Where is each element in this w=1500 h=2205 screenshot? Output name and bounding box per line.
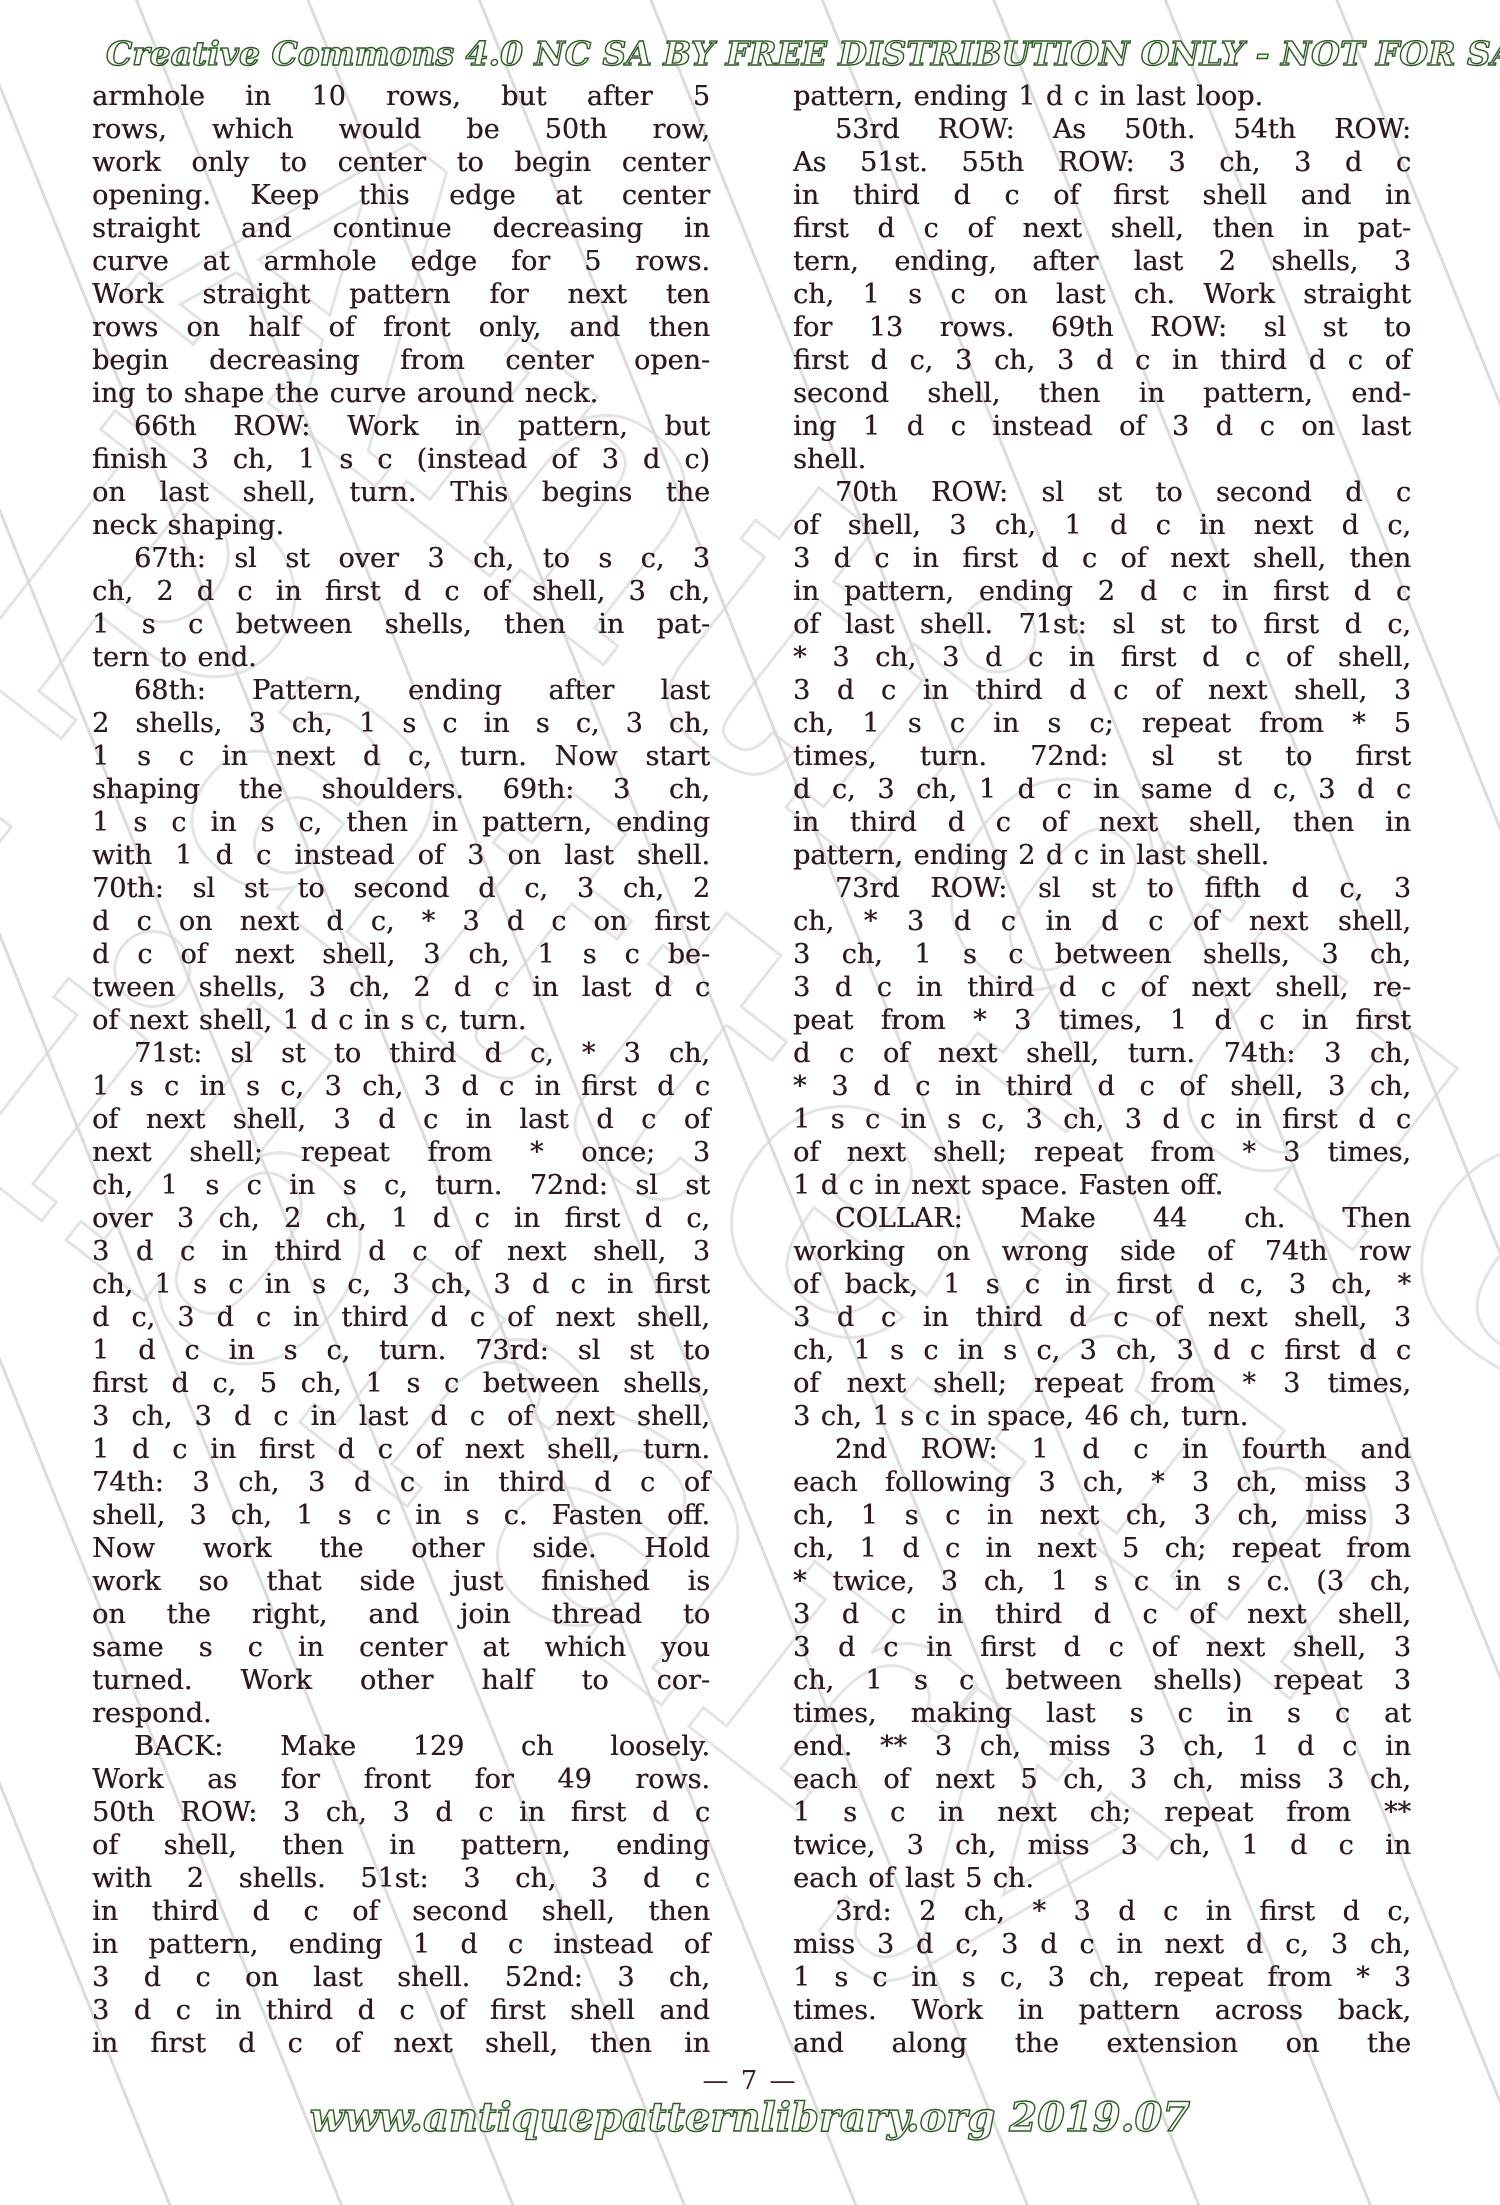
text-line: work only to center to begin center [92, 146, 710, 179]
text-line: 3 d c in third d c of next shell, 3 [92, 1235, 710, 1268]
text-line: first d c, 5 ch, 1 s c between shells, [92, 1367, 710, 1400]
text-line: Work as for front for 49 rows. [92, 1763, 710, 1796]
text-line: turned. Work other half to cor- [92, 1664, 710, 1697]
license-banner: Creative Commons 4.0 NC SA BY FREE DISTR… [106, 34, 1500, 73]
text-line: ing to shape the curve around neck. [92, 377, 710, 410]
text-line: opening. Keep this edge at center [92, 179, 710, 212]
text-line: and along the extension on the [793, 2027, 1411, 2060]
text-line: 1 d c in s c, turn. 73rd: sl st to [92, 1334, 710, 1367]
text-line: Work straight pattern for next ten [92, 278, 710, 311]
text-line: in pattern, ending 2 d c in first d c [793, 575, 1411, 608]
text-line: of next shell, 3 d c in last d c of [92, 1103, 710, 1136]
text-line: d c, 3 d c in third d c of next shell, [92, 1301, 710, 1334]
text-line: ch, 1 s c in s c, turn. 72nd: sl st [92, 1169, 710, 1202]
text-line: of next shell; repeat from * 3 times, [793, 1136, 1411, 1169]
text-line: 1 s c in next ch; repeat from ** [793, 1796, 1411, 1829]
text-line: 3 d c in first d c of next shell, then [793, 542, 1411, 575]
text-line: 1 s c in next d c, turn. Now start [92, 740, 710, 773]
text-line: 3 d c in third d c of next shell, 3 [793, 674, 1411, 707]
text-line: times, making last s c in s c at [793, 1697, 1411, 1730]
text-line: armhole in 10 rows, but after 5 [92, 80, 710, 113]
text-line: 1 s c in s c, then in pattern, ending [92, 806, 710, 839]
text-line: 70th: sl st to second d c, 3 ch, 2 [92, 872, 710, 905]
text-line: of shell, then in pattern, ending [92, 1829, 710, 1862]
text-line: tween shells, 3 ch, 2 d c in last d c [92, 971, 710, 1004]
text-line: 1 d c in first d c of next shell, turn. [92, 1433, 710, 1466]
text-line: pattern, ending 2 d c in last shell. [793, 839, 1411, 872]
text-line: 3rd: 2 ch, * 3 d c in first d c, [793, 1895, 1411, 1928]
text-line: in third d c of first shell and in [793, 179, 1411, 212]
text-line: 3 d c on last shell. 52nd: 3 ch, [92, 1961, 710, 1994]
text-line: with 1 d c instead of 3 on last shell. [92, 839, 710, 872]
text-line: * 3 d c in third d c of shell, 3 ch, [793, 1070, 1411, 1103]
text-line: for 13 rows. 69th ROW: sl st to [793, 311, 1411, 344]
text-line: d c, 3 ch, 1 d c in same d c, 3 d c [793, 773, 1411, 806]
text-line: ing 1 d c instead of 3 d c on last [793, 410, 1411, 443]
text-line: work so that side just finished is [92, 1565, 710, 1598]
text-line: 2nd ROW: 1 d c in fourth and [793, 1433, 1411, 1466]
text-line: with 2 shells. 51st: 3 ch, 3 d c [92, 1862, 710, 1895]
text-line: 3 d c in third d c of next shell, re- [793, 971, 1411, 1004]
text-column-left: armhole in 10 rows, but after 5rows, whi… [92, 80, 710, 2060]
text-line: 68th: Pattern, ending after last [92, 674, 710, 707]
text-line: same s c in center at which you [92, 1631, 710, 1664]
text-line: 1 d c in next space. Fasten off. [793, 1169, 1411, 1202]
text-line: Now work the other side. Hold [92, 1532, 710, 1565]
text-line: 1 s c in s c, 3 ch, 3 d c in first d c [92, 1070, 710, 1103]
text-line: in first d c of next shell, then in [92, 2027, 710, 2060]
text-line: first d c of next shell, then in pat- [793, 212, 1411, 245]
text-line: 73rd ROW: sl st to fifth d c, 3 [793, 872, 1411, 905]
text-line: curve at armhole edge for 5 rows. [92, 245, 710, 278]
text-line: each of next 5 ch, 3 ch, miss 3 ch, [793, 1763, 1411, 1796]
page-number: — 7 — [0, 2066, 1500, 2096]
text-line: shell, 3 ch, 1 s c in s c. Fasten off. [92, 1499, 710, 1532]
text-line: respond. [92, 1697, 710, 1730]
text-line: shaping the shoulders. 69th: 3 ch, [92, 773, 710, 806]
text-line: ch, 1 s c on last ch. Work straight [793, 278, 1411, 311]
text-line: COLLAR: Make 44 ch. Then [793, 1202, 1411, 1235]
text-line: ch, 1 d c in next 5 ch; repeat from [793, 1532, 1411, 1565]
text-line: 3 ch, 1 s c in space, 46 ch, turn. [793, 1400, 1411, 1433]
text-line: twice, 3 ch, miss 3 ch, 1 d c in [793, 1829, 1411, 1862]
text-line: ch, 1 s c in s c, 3 ch, 3 d c first d c [793, 1334, 1411, 1367]
text-line: end. ** 3 ch, miss 3 ch, 1 d c in [793, 1730, 1411, 1763]
text-line: straight and continue decreasing in [92, 212, 710, 245]
text-line: in pattern, ending 1 d c instead of [92, 1928, 710, 1961]
text-line: rows, which would be 50th row, [92, 113, 710, 146]
text-line: 1 s c in s c, 3 ch, repeat from * 3 [793, 1961, 1411, 1994]
text-line: 3 ch, 1 s c between shells, 3 ch, [793, 938, 1411, 971]
text-line: second shell, then in pattern, end- [793, 377, 1411, 410]
text-line: 3 ch, 3 d c in last d c of next shell, [92, 1400, 710, 1433]
text-line: ch, 1 s c in s c; repeat from * 5 [793, 707, 1411, 740]
site-footer: www.antiquepatternlibrary.org 2019.07 [0, 2094, 1500, 2141]
text-line: ch, 2 d c in first d c of shell, 3 ch, [92, 575, 710, 608]
text-line: d c on next d c, * 3 d c on first [92, 905, 710, 938]
text-line: 3 d c in third d c of first shell and [92, 1994, 710, 2027]
text-line: finish 3 ch, 1 s c (instead of 3 d c) [92, 443, 710, 476]
text-line: BACK: Make 129 ch loosely. [92, 1730, 710, 1763]
text-line: d c of next shell, 3 ch, 1 s c be- [92, 938, 710, 971]
text-line: peat from * 3 times, 1 d c in first [793, 1004, 1411, 1037]
text-line: times. Work in pattern across back, [793, 1994, 1411, 2027]
text-line: over 3 ch, 2 ch, 1 d c in first d c, [92, 1202, 710, 1235]
text-line: 74th: 3 ch, 3 d c in third d c of [92, 1466, 710, 1499]
text-line: shell. [793, 443, 1411, 476]
text-line: first d c, 3 ch, 3 d c in third d c of [793, 344, 1411, 377]
text-line: 1 s c between shells, then in pat- [92, 608, 710, 641]
text-line: begin decreasing from center open- [92, 344, 710, 377]
text-line: tern, ending, after last 2 shells, 3 [793, 245, 1411, 278]
text-line: of back, 1 s c in first d c, 3 ch, * [793, 1268, 1411, 1301]
text-line: each of last 5 ch. [793, 1862, 1411, 1895]
text-line: in third d c of second shell, then [92, 1895, 710, 1928]
scanned-page: AntiquePatternLibrary Creative Commons 4… [0, 0, 1500, 2205]
text-line: in third d c of next shell, then in [793, 806, 1411, 839]
text-line: of last shell. 71st: sl st to first d c, [793, 608, 1411, 641]
text-line: neck shaping. [92, 509, 710, 542]
text-line: tern to end. [92, 641, 710, 674]
text-line: times, turn. 72nd: sl st to first [793, 740, 1411, 773]
text-line: 67th: sl st over 3 ch, to s c, 3 [92, 542, 710, 575]
text-line: * twice, 3 ch, 1 s c in s c. (3 ch, [793, 1565, 1411, 1598]
text-line: 1 s c in s c, 3 ch, 3 d c in first d c [793, 1103, 1411, 1136]
text-line: pattern, ending 1 d c in last loop. [793, 80, 1411, 113]
text-line: ch, * 3 d c in d c of next shell, [793, 905, 1411, 938]
text-line: ch, 1 s c between shells) repeat 3 [793, 1664, 1411, 1697]
text-line: 2 shells, 3 ch, 1 s c in s c, 3 ch, [92, 707, 710, 740]
text-line: of next shell, 1 d c in s c, turn. [92, 1004, 710, 1037]
text-line: of next shell; repeat from * 3 times, [793, 1367, 1411, 1400]
text-column-right: pattern, ending 1 d c in last loop.53rd … [793, 80, 1411, 2060]
text-line: As 51st. 55th ROW: 3 ch, 3 d c [793, 146, 1411, 179]
text-line: 3 d c in third d c of next shell, [793, 1598, 1411, 1631]
text-line: miss 3 d c, 3 d c in next d c, 3 ch, [793, 1928, 1411, 1961]
text-line: rows on half of front only, and then [92, 311, 710, 344]
text-line: * 3 ch, 3 d c in first d c of shell, [793, 641, 1411, 674]
text-line: on the right, and join thread to [92, 1598, 710, 1631]
text-line: 71st: sl st to third d c, * 3 ch, [92, 1037, 710, 1070]
text-line: 66th ROW: Work in pattern, but [92, 410, 710, 443]
text-line: d c of next shell, turn. 74th: 3 ch, [793, 1037, 1411, 1070]
text-line: 70th ROW: sl st to second d c [793, 476, 1411, 509]
text-line: each following 3 ch, * 3 ch, miss 3 [793, 1466, 1411, 1499]
text-line: 3 d c in first d c of next shell, 3 [793, 1631, 1411, 1664]
text-line: 3 d c in third d c of next shell, 3 [793, 1301, 1411, 1334]
text-line: of shell, 3 ch, 1 d c in next d c, [793, 509, 1411, 542]
text-line: 50th ROW: 3 ch, 3 d c in first d c [92, 1796, 710, 1829]
text-line: working on wrong side of 74th row [793, 1235, 1411, 1268]
text-line: next shell; repeat from * once; 3 [92, 1136, 710, 1169]
text-line: 53rd ROW: As 50th. 54th ROW: [793, 113, 1411, 146]
text-line: ch, 1 s c in s c, 3 ch, 3 d c in first [92, 1268, 710, 1301]
text-line: ch, 1 s c in next ch, 3 ch, miss 3 [793, 1499, 1411, 1532]
site-url: www.antiquepatternlibrary.org 2019.07 [310, 2094, 1190, 2141]
text-line: on last shell, turn. This begins the [92, 476, 710, 509]
